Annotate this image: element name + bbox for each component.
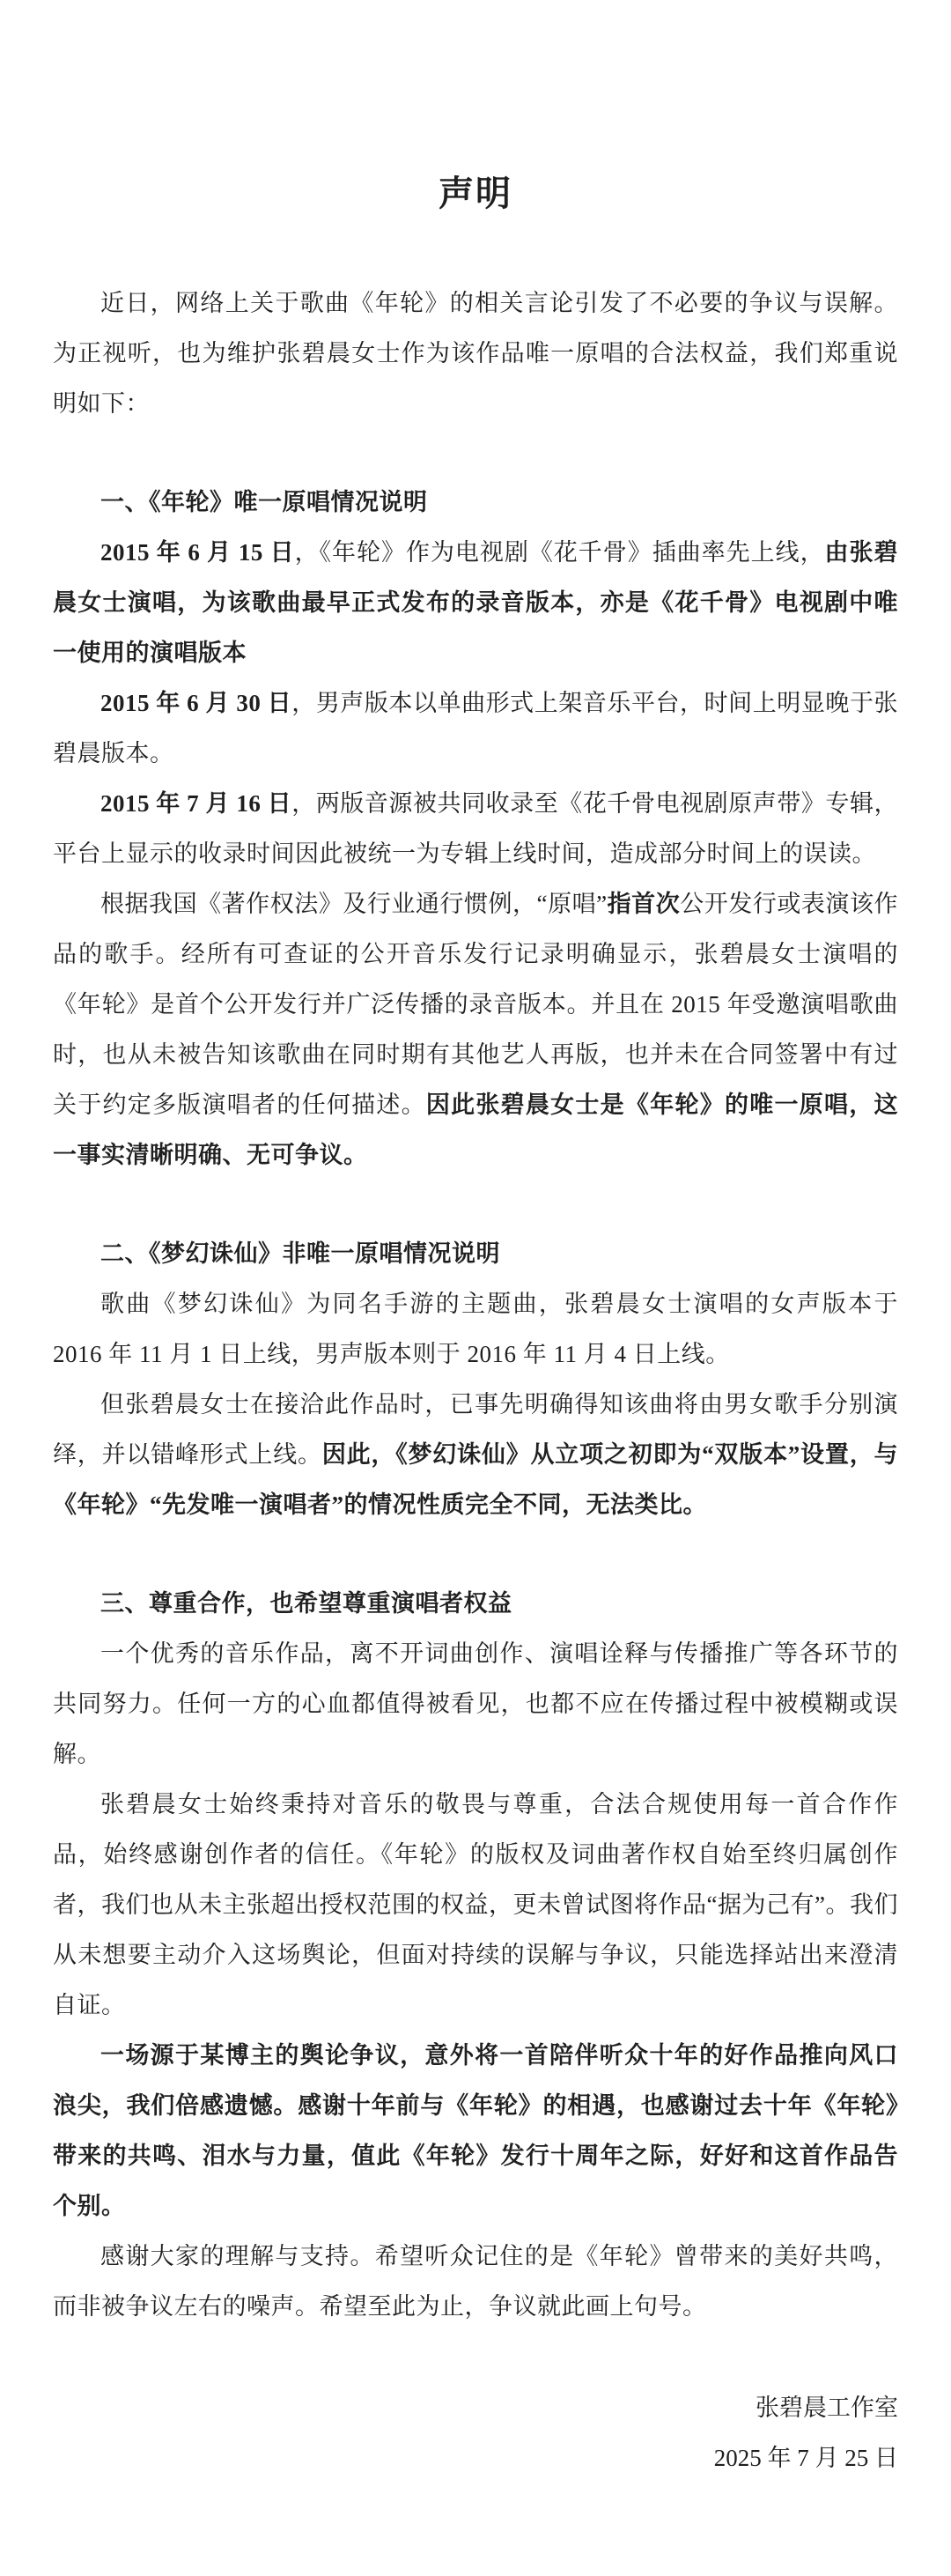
section-heading: 三、尊重合作，也希望尊重演唱者权益	[53, 1579, 898, 1629]
signature-date: 2025 年 7 月 25 日	[53, 2433, 898, 2483]
paragraph: 2015 年 6 月 15 日，《年轮》作为电视剧《花千骨》插曲率先上线，由张碧…	[53, 528, 898, 678]
bold-text-run: 一场源于某博主的舆论争议，意外将一首陪伴听众十年的好作品推向风口浪尖，我们倍感遗…	[53, 2042, 898, 2219]
text-run: 根据我国《著作权法》及行业通行惯例，“原唱”	[100, 891, 608, 917]
paragraph: 一个优秀的音乐作品，离不开词曲创作、演唱诠释与传播推广等各环节的共同努力。任何一…	[53, 1629, 898, 1780]
paragraph: 近日，网络上关于歌曲《年轮》的相关言论引发了不必要的争议与误解。为正视听，也为维…	[53, 278, 898, 429]
text-run: 一个优秀的音乐作品，离不开词曲创作、演唱诠释与传播推广等各环节的共同努力。任何一…	[53, 1640, 898, 1767]
paragraph: 一场源于某博主的舆论争议，意外将一首陪伴听众十年的好作品推向风口浪尖，我们倍感遗…	[53, 2031, 898, 2232]
bold-text-run: 二、《梦幻诛仙》非唯一原唱情况说明	[100, 1240, 500, 1267]
text-run: 感谢大家的理解与支持。希望听众记住的是《年轮》曾带来的美好共鸣，而非被争议左右的…	[53, 2243, 898, 2320]
page-title: 声明	[53, 0, 898, 213]
paragraph: 2015 年 7 月 16 日，两版音源被共同收录至《花千骨电视剧原声带》专辑，…	[53, 779, 898, 879]
statement-document: 声明 近日，网络上关于歌曲《年轮》的相关言论引发了不必要的争议与误解。为正视听，…	[0, 0, 951, 2483]
bold-text-run: 三、尊重合作，也希望尊重演唱者权益	[100, 1590, 512, 1617]
paragraph: 根据我国《著作权法》及行业通行惯例，“原唱”指首次公开发行或表演该作品的歌手。经…	[53, 879, 898, 1181]
bold-text-run: 2015 年 7 月 16 日	[100, 790, 291, 817]
text-run: 歌曲《梦幻诛仙》为同名手游的主题曲，张碧晨女士演唱的女声版本于 2016 年 1…	[53, 1291, 898, 1367]
bold-text-run: 2015 年 6 月 30 日	[100, 690, 291, 716]
paragraph: 张碧晨女士始终秉持对音乐的敬畏与尊重，合法合规使用每一首合作作品，始终感谢创作者…	[53, 1780, 898, 2031]
text-run: 近日，网络上关于歌曲《年轮》的相关言论引发了不必要的争议与误解。为正视听，也为维…	[53, 290, 898, 417]
paragraph: 2015 年 6 月 30 日，男声版本以单曲形式上架音乐平台，时间上明显晚于张…	[53, 678, 898, 779]
text-run: 张碧晨女士始终秉持对音乐的敬畏与尊重，合法合规使用每一首合作作品，始终感谢创作者…	[53, 1791, 898, 2018]
text-run: 公开发行或表演该作品的歌手。经所有可查证的公开音乐发行记录明确显示，张碧晨女士演…	[53, 891, 898, 1118]
bold-text-run: 2015 年 6 月 15 日	[100, 539, 295, 566]
signature-name: 张碧晨工作室	[53, 2383, 898, 2433]
signature-block: 张碧晨工作室 2025 年 7 月 25 日	[53, 2383, 898, 2483]
paragraph: 歌曲《梦幻诛仙》为同名手游的主题曲，张碧晨女士演唱的女声版本于 2016 年 1…	[53, 1279, 898, 1380]
section-heading: 一、《年轮》唯一原唱情况说明	[53, 477, 898, 528]
bold-text-run: 指首次	[608, 891, 681, 917]
section-heading: 二、《梦幻诛仙》非唯一原唱情况说明	[53, 1229, 898, 1279]
text-run: ，《年轮》作为电视剧《花千骨》插曲率先上线，	[295, 539, 825, 566]
bold-text-run: 一、《年轮》唯一原唱情况说明	[100, 489, 428, 515]
paragraph: 但张碧晨女士在接洽此作品时，已事先明确得知该曲将由男女歌手分别演绎，并以错峰形式…	[53, 1380, 898, 1530]
statement-body: 近日，网络上关于歌曲《年轮》的相关言论引发了不必要的争议与误解。为正视听，也为维…	[53, 278, 898, 2332]
paragraph: 感谢大家的理解与支持。希望听众记住的是《年轮》曾带来的美好共鸣，而非被争议左右的…	[53, 2232, 898, 2332]
